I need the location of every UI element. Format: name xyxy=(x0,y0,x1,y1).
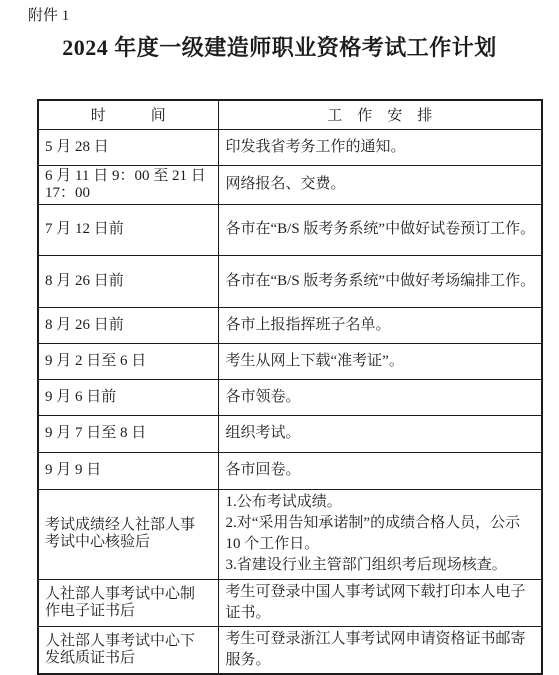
task-cell: 各市领卷。 xyxy=(218,379,542,415)
table-row: 人社部人事考试中心制作电子证书后 考生可登录中国人事考试网下载打印本人电子证书。 xyxy=(38,579,542,626)
table-row: 9 月 2 日至 6 日 考生从网上下载“准考证”。 xyxy=(38,343,542,379)
time-cell: 6 月 11 日 9：00 至 21 日 17：00 xyxy=(38,165,218,204)
table-row: 5 月 28 日 印发我省考务工作的通知。 xyxy=(38,129,542,165)
work-plan-table: 时 间 工 作 安 排 5 月 28 日 印发我省考务工作的通知。 6 月 11… xyxy=(37,99,543,675)
table-row: 8 月 26 日前 各市在“B/S 版考务系统”中做好考场编排工作。 xyxy=(38,255,542,307)
table-row: 9 月 6 日前 各市领卷。 xyxy=(38,379,542,415)
document-title: 2024 年度一级建造师职业资格考试工作计划 xyxy=(0,34,559,62)
time-cell: 9 月 2 日至 6 日 xyxy=(38,343,218,379)
document-page: 附件 1 2024 年度一级建造师职业资格考试工作计划 时 间 工 作 安 排 … xyxy=(0,6,559,675)
task-cell: 各市上报指挥班子名单。 xyxy=(218,307,542,343)
task-cell: 考生可登录中国人事考试网下载打印本人电子证书。 xyxy=(218,579,542,626)
table-header-row: 时 间 工 作 安 排 xyxy=(38,100,542,129)
table-row: 7 月 12 日前 各市在“B/S 版考务系统”中做好试卷预订工作。 xyxy=(38,204,542,255)
task-cell: 各市回卷。 xyxy=(218,452,542,489)
time-cell: 人社部人事考试中心制作电子证书后 xyxy=(38,579,218,626)
table-row: 8 月 26 日前 各市上报指挥班子名单。 xyxy=(38,307,542,343)
time-cell: 5 月 28 日 xyxy=(38,129,218,165)
task-cell: 考生可登录浙江人事考试网申请资格证书邮寄服务。 xyxy=(218,626,542,674)
table-row: 9 月 7 日至 8 日 组织考试。 xyxy=(38,415,542,452)
task-column-header: 工 作 安 排 xyxy=(218,100,542,129)
task-cell: 组织考试。 xyxy=(218,415,542,452)
task-cell: 1.公布考试成绩。 2.对“采用告知承诺制”的成绩合格人员，公示 10 个工作日… xyxy=(218,489,542,579)
time-cell: 7 月 12 日前 xyxy=(38,204,218,255)
task-cell: 各市在“B/S 版考务系统”中做好考场编排工作。 xyxy=(218,255,542,307)
table-row: 人社部人事考试中心下发纸质证书后 考生可登录浙江人事考试网申请资格证书邮寄服务。 xyxy=(38,626,542,674)
time-column-header: 时 间 xyxy=(38,100,218,129)
task-cell: 印发我省考务工作的通知。 xyxy=(218,129,542,165)
table-row: 考试成绩经人社部人事考试中心核验后 1.公布考试成绩。 2.对“采用告知承诺制”… xyxy=(38,489,542,579)
time-cell: 人社部人事考试中心下发纸质证书后 xyxy=(38,626,218,674)
table-row: 9 月 9 日 各市回卷。 xyxy=(38,452,542,489)
task-cell: 网络报名、交费。 xyxy=(218,165,542,204)
time-cell: 8 月 26 日前 xyxy=(38,255,218,307)
attachment-label: 附件 1 xyxy=(28,6,559,26)
time-cell: 9 月 6 日前 xyxy=(38,379,218,415)
time-cell: 考试成绩经人社部人事考试中心核验后 xyxy=(38,489,218,579)
table-row: 6 月 11 日 9：00 至 21 日 17：00 网络报名、交费。 xyxy=(38,165,542,204)
time-cell: 8 月 26 日前 xyxy=(38,307,218,343)
time-cell: 9 月 9 日 xyxy=(38,452,218,489)
task-cell: 考生从网上下载“准考证”。 xyxy=(218,343,542,379)
time-cell: 9 月 7 日至 8 日 xyxy=(38,415,218,452)
task-cell: 各市在“B/S 版考务系统”中做好试卷预订工作。 xyxy=(218,204,542,255)
